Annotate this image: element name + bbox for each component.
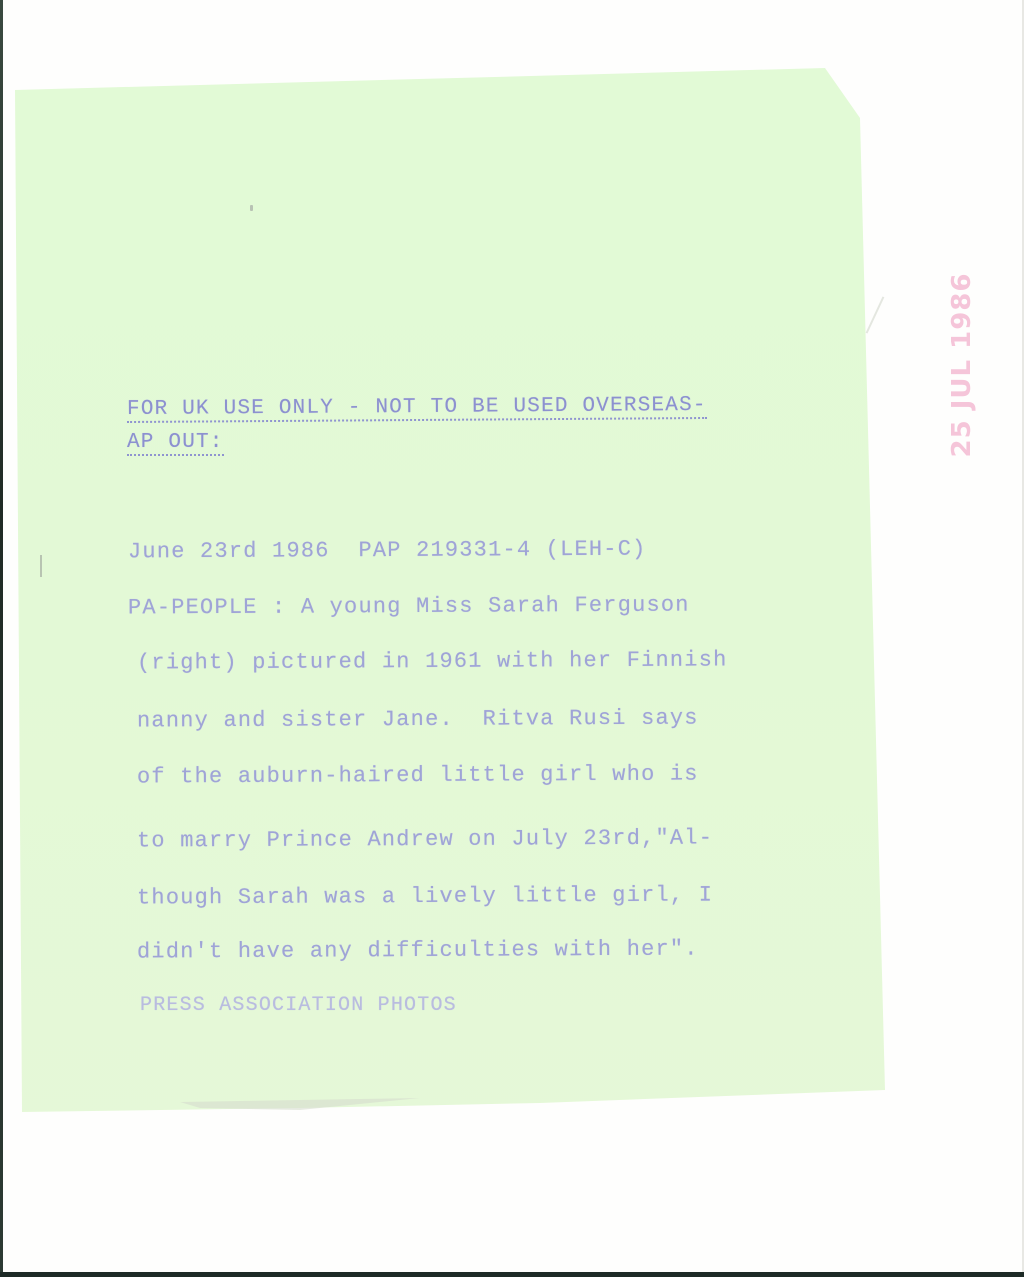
scan-border-bottom	[0, 1272, 1024, 1277]
caption-slip	[0, 0, 1024, 1277]
caption-line: nanny and sister Jane. Ritva Rusi says	[137, 708, 699, 733]
caption-line: (right) pictured in 1961 with her Finnis…	[137, 649, 728, 674]
caption-line: though Sarah was a lively little girl, I	[137, 884, 713, 909]
caption-line: to marry Prince Andrew on July 23rd,"Al-	[137, 827, 713, 852]
paper-speck	[250, 205, 253, 211]
restriction-header-line-2: AP OUT:	[127, 432, 224, 456]
scan-border-left	[0, 0, 3, 1277]
restriction-header-line-1: FOR UK USE ONLY - NOT TO BE USED OVERSEA…	[127, 395, 707, 423]
caption-line: June 23rd 1986 PAP 219331-4 (LEH-C)	[128, 539, 647, 564]
date-stamp: 25 JUL 1986	[947, 272, 977, 457]
caption-line: didn't have any difficulties with her".	[137, 939, 699, 964]
photo-credit: PRESS ASSOCIATION PHOTOS	[140, 996, 457, 1016]
caption-line: of the auburn-haired little girl who is	[137, 764, 699, 789]
caption-line: PA-PEOPLE : A young Miss Sarah Ferguson	[128, 595, 690, 620]
paper-crease	[866, 296, 885, 333]
paper-mark	[40, 555, 42, 577]
